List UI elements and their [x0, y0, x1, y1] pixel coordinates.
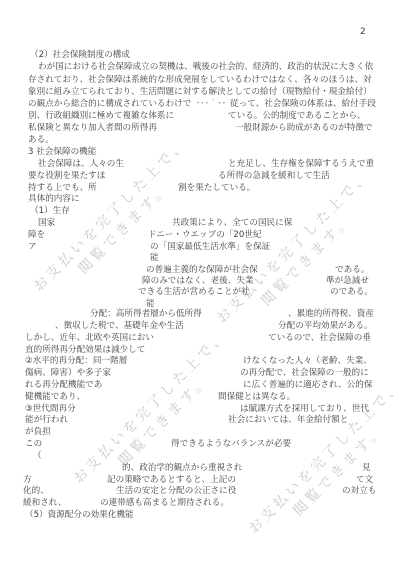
text-fragment: 共政策により、全ての国民に保	[172, 216, 292, 228]
text-fragment: 健機能であり、	[25, 390, 85, 402]
text-line: 分配：高所得者層から低所得、累進的所得税、資産	[0, 307, 410, 319]
text-fragment: ②水平的再分配：同一階層	[25, 354, 127, 366]
text-line: （1）生存	[0, 204, 410, 216]
text-fragment: 別、行政組織別に極めて複雑な体系に	[28, 109, 174, 121]
text-line: 社会保障は、人々の生と充足し、生存権を保障するうえで重	[0, 157, 410, 169]
text-line: 象別に組み立てられており、生活問題に対する解決としての給付（現物給付・現金給付）	[0, 85, 410, 97]
text-line: ②水平的再分配：同一階層けなくなった人々（老齢、失業、	[0, 354, 410, 366]
text-fragment: 社会においては、年金給付額と	[228, 413, 348, 425]
text-line: が負担	[0, 425, 410, 437]
text-fragment: 生活の安定と分配の公正さに役	[116, 484, 236, 496]
text-fragment: ているので、社会保障の垂	[268, 331, 371, 343]
text-fragment: 得できるようなバランスが必要	[171, 437, 291, 449]
text-line: 国家共政策により、全ての国民に保	[0, 216, 410, 228]
text-fragment: 傷病、障害）や多子家	[25, 366, 111, 378]
heading-fragment: 3 社会保障の機能	[28, 145, 96, 157]
text-fragment: 的、政治学的観点から重視され	[122, 461, 242, 473]
text-fragment: 、累進的所得税、資産	[288, 307, 374, 319]
text-fragment: ･･･｀･･	[196, 97, 226, 109]
text-line: 別、行政組織別に極めて複雑な体系にている。公的制度であることから、	[0, 109, 410, 121]
text-line: 3 社会保障の機能	[0, 145, 410, 157]
text-line: 能が行われ社会においては、年金給付額と	[0, 413, 410, 425]
text-fragment: に広く普遍的に適応され、公的保	[243, 378, 372, 390]
text-line: できる生活が営めることが社のである。	[0, 285, 410, 297]
text-fragment: が負担	[25, 425, 51, 437]
text-fragment: わが国における社会保障成立の契機は、戦後の社会的、経済的、政治的状況に大きく依	[38, 60, 373, 72]
text-fragment: 分配の平均効果がある。	[278, 319, 373, 331]
heading-fragment: （1）生存	[30, 204, 70, 216]
text-fragment: 分配：高所得者層から低所得	[90, 307, 202, 319]
text-line: 存されており、社会保障は系統的な形成発展をしているわけではなく、各々のほうは、対	[0, 73, 410, 85]
text-line: 要な役割を果たすほる所得の急減を緩和して生活	[0, 169, 410, 181]
text-line: の観点から総合的に構成されているわけで･･･｀･･従って、社会保険の体系は、給付…	[0, 97, 410, 109]
text-line: 健機能であり、間保健とは異なる。	[0, 390, 410, 402]
text-fragment: 存されており、社会保障は系統的な形成発展をしているわけではなく、各々のほうは、対	[28, 73, 372, 85]
text-line: （5）資源配分の効果化機能	[0, 508, 410, 520]
text-fragment: 緩和され、	[23, 496, 67, 508]
text-fragment: の再分配で、社会保障の一般的に	[240, 366, 369, 378]
text-line: 能	[0, 251, 410, 263]
text-fragment: この	[25, 437, 42, 449]
text-fragment: 一般財源から助成があるのが特徴で	[235, 121, 373, 133]
text-fragment: しかし、近年、北欧や英国におい	[25, 331, 154, 343]
text-fragment: 間保健とは異なる。	[218, 390, 295, 402]
text-line: れる再分配機能であに広く普遍的に適応され、公的保	[0, 378, 410, 390]
text-line: わが国における社会保障成立の契機は、戦後の社会的、経済的、政治的状況に大きく依	[0, 60, 410, 72]
heading-fragment: （2）社会保険制度の構成	[30, 48, 130, 60]
text-fragment: ている。公的制度であることから、	[228, 109, 366, 121]
text-fragment: のである。	[330, 285, 373, 297]
heading-fragment: （5）資源配分の効果化機能	[25, 508, 134, 520]
text-fragment: できる生活が営めることが社	[138, 285, 250, 297]
scanned-document-page: お支払いを完了した上で、 閲覧できます。 お支払いを完了した上で、 閲覧できます…	[0, 0, 410, 580]
text-fragment: 私保険と異なり加入者間の所得再	[28, 121, 157, 133]
text-fragment: の観点から総合的に構成されているわけで	[28, 97, 191, 109]
text-fragment: 化的、	[23, 484, 49, 496]
text-fragment: 要な役割を果たすほ	[28, 169, 105, 181]
text-fragment: （	[33, 449, 42, 461]
text-fragment: 能	[150, 251, 159, 263]
text-line: しかし、近年、北欧や英国においているので、社会保障の垂	[0, 331, 410, 343]
text-fragment: ドニー・ウエッブの「20世紀	[148, 228, 262, 240]
text-line: 的、政治学的観点から重視され見	[0, 461, 410, 473]
text-fragment: けなくなった人々（老齢、失業、	[243, 354, 372, 366]
text-line: （2）社会保険制度の構成	[0, 48, 410, 60]
text-fragment: 国家	[38, 216, 55, 228]
text-fragment: 能が行われ	[25, 413, 68, 425]
text-fragment: の連帯感も高まると期待される。	[100, 496, 229, 508]
text-line: 傷病、障害）や多子家の再分配で、社会保障の一般的に	[0, 366, 410, 378]
text-line: 障をドニー・ウエッブの「20世紀	[0, 228, 410, 240]
text-fragment: 、徴収した税で、基礎年金や生活	[55, 319, 184, 331]
text-line: 具体的内容に	[0, 192, 410, 204]
page-number: 2	[360, 27, 366, 37]
text-fragment: る所得の急減を緩和して生活	[218, 169, 330, 181]
text-fragment: 障を	[28, 228, 45, 240]
text-line: 化的、生活の安定と分配の公正さに役の対立も	[0, 484, 410, 496]
text-line: 私保険と異なり加入者間の所得再一般財源から助成があるのが特徴で	[0, 121, 410, 133]
text-fragment: 具体的内容に	[28, 192, 80, 204]
text-fragment: れる再分配機能であ	[25, 378, 102, 390]
text-fragment: 社会保障は、人々の生	[38, 157, 124, 169]
text-line: ある。	[0, 133, 410, 145]
text-fragment: 見	[362, 461, 371, 473]
text-fragment: 象別に組み立てられており、生活問題に対する解決としての給付（現物給付・現金給付）	[28, 85, 372, 97]
text-line: この得できるようなバランスが必要	[0, 437, 410, 449]
text-fragment: 従って、社会保険の体系は、給付手段	[230, 97, 376, 109]
text-line: 緩和され、の連帯感も高まると期待される。	[0, 496, 410, 508]
text-fragment: と充足し、生存権を保障するうえで重	[228, 157, 374, 169]
text-line: 、徴収した税で、基礎年金や生活分配の平均効果がある。	[0, 319, 410, 331]
text-line: （	[0, 449, 410, 461]
text-fragment: の対立も	[342, 484, 376, 496]
text-fragment: ある。	[28, 133, 54, 145]
